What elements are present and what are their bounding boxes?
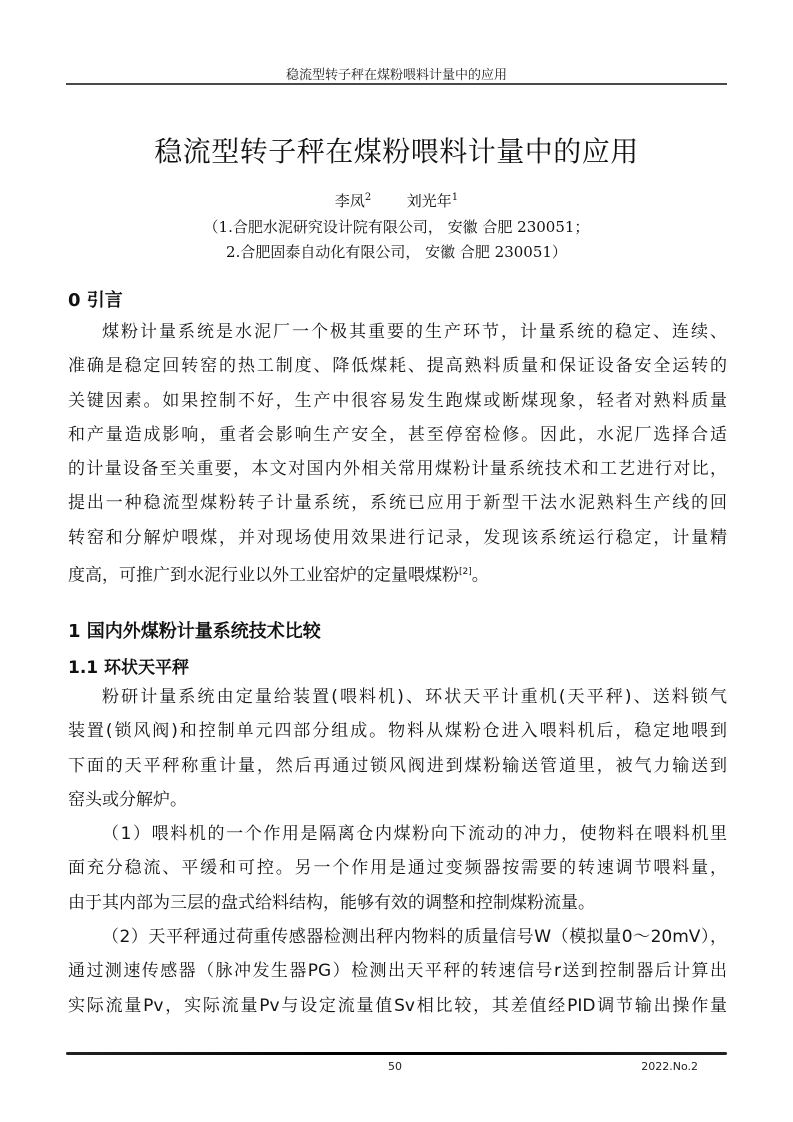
author-name: 刘光年: [407, 192, 452, 210]
affiliation-mark: 2: [365, 192, 371, 203]
citation-ref: [2]: [459, 567, 472, 577]
text-line: 转窑和分解炉喂煤，并对现场使用效果进行记录，发现该系统运行稳定，计量精: [68, 521, 727, 555]
affiliation-mark: 1: [452, 192, 458, 203]
text-line: （1）喂料机的一个作用是隔离仓内煤粉向下流动的冲力，使物料在喂料机里: [68, 817, 727, 851]
text-line: 装置(锁风阀)和控制单元四部分组成。物料从煤粉仓进入喂料机后，稳定地喂到: [68, 714, 727, 748]
page-number: 50: [388, 1060, 402, 1073]
running-header: 稳流型转子秤在煤粉喂料计量中的应用: [66, 64, 727, 83]
article-title: 稳流型转子秤在煤粉喂料计量中的应用: [66, 130, 727, 170]
text-line: 准确是稳定回转窑的热工制度、降低煤耗、提高熟料质量和保证设备安全运转的: [68, 349, 727, 383]
author-name: 李凤: [335, 192, 365, 210]
section-heading-introduction: 0 引言: [68, 286, 123, 312]
text-line: 窑头或分解炉。: [68, 783, 727, 817]
text-line: 通过测速传感器（脉冲发生器PG）检测出天平秤的转速信号r送到控制器后计算出: [68, 954, 727, 988]
affiliation-line-1: （1.合肥水泥研究设计院有限公司， 安徽 合肥 230051；: [66, 216, 727, 237]
header-rule: [66, 83, 727, 85]
text-line: 的计量设备至关重要，本文对国内外相关常用煤粉计量系统技术和工艺进行对比，: [68, 452, 727, 486]
text-content: 。: [472, 566, 489, 586]
text-line: 煤粉计量系统是水泥厂一个极其重要的生产环节，计量系统的稳定、连续、: [68, 315, 727, 349]
subsection-heading-ring-balance: 1.1 环状天平秤: [68, 653, 189, 678]
paragraph-feeder: （1）喂料机的一个作用是隔离仓内煤粉向下流动的冲力，使物料在喂料机里 面充分稳流…: [68, 817, 727, 920]
text-line: 提出一种稳流型煤粉转子计量系统，系统已应用于新型干法水泥熟料生产线的回: [68, 486, 727, 520]
paragraph-ring-balance: 粉研计量系统由定量给装置(喂料机)、环状天平计重机(天平秤)、送料锁气 装置(锁…: [68, 680, 727, 817]
text-line: 关键因素。如果控制不好，生产中很容易发生跑煤或断煤现象，轻者对熟料质量: [68, 384, 727, 418]
author-line: 李凤2 刘光年1: [66, 190, 727, 211]
text-line: 由于其内部为三层的盘式给料结构，能够有效的调整和控制煤粉流量。: [68, 886, 727, 920]
text-content: 度高，可推广到水泥行业以外工业窑炉的定量喂煤粉: [68, 566, 459, 586]
issue-label: 2022.No.2: [641, 1060, 698, 1073]
paragraph-balance-scale: （2）天平秤通过荷重传感器检测出秤内物料的质量信号W（模拟量0～20mV）， 通…: [68, 920, 727, 1023]
text-line: 和产量造成影响，重者会影响生产安全，甚至停窑检修。因此，水泥厂选择合适: [68, 418, 727, 452]
footer-rule: [66, 1052, 727, 1055]
text-line: 度高，可推广到水泥行业以外工业窑炉的定量喂煤粉[2]。: [68, 555, 727, 593]
affiliation-line-2: 2.合肥固泰自动化有限公司， 安徽 合肥 230051）: [66, 241, 727, 262]
section-heading-comparison: 1 国内外煤粉计量系统技术比较: [68, 617, 321, 643]
text-line: 下面的天平秤称重计量，然后再通过锁风阀进到煤粉输送管道里，被气力输送到: [68, 749, 727, 783]
text-line: 粉研计量系统由定量给装置(喂料机)、环状天平计重机(天平秤)、送料锁气: [68, 680, 727, 714]
text-line: 面充分稳流、平缓和可控。另一个作用是通过变频器按需要的转速调节喂料量，: [68, 851, 727, 885]
text-line: （2）天平秤通过荷重传感器检测出秤内物料的质量信号W（模拟量0～20mV），: [68, 920, 727, 954]
paragraph-introduction: 煤粉计量系统是水泥厂一个极其重要的生产环节，计量系统的稳定、连续、 准确是稳定回…: [68, 315, 727, 593]
text-line: 实际流量Pv，实际流量Pv与设定流量值Sv相比较，其差值经PID调节输出操作量: [68, 989, 727, 1023]
